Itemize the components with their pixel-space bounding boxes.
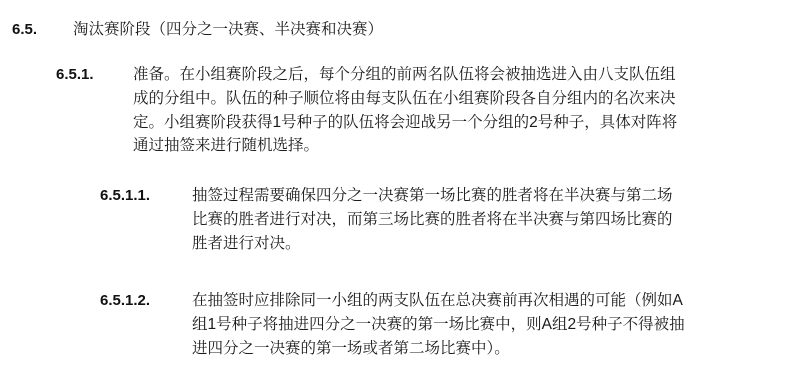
clause-body: 准备。在小组赛阶段之后，每个分组的前两名队伍将会被抽选进入由八支队伍组 成的分组… [133,63,677,158]
subclause-line: 在抽签时应排除同一小组的两支队伍在总决赛前再次相遇的可能（例如A [192,289,685,313]
clause-line: 准备。在小组赛阶段之后，每个分组的前两名队伍将会被抽选进入由八支队伍组 [133,63,677,87]
clause-line: 通过抽签来进行随机选择。 [133,134,677,158]
subclause-body: 在抽签时应排除同一小组的两支队伍在总决赛前再次相遇的可能（例如A 组1号种子将抽… [192,289,685,360]
clause-line: 成的分组中。队伍的种子顺位将由每支队伍在小组赛阶段各自分组内的名次来决 [133,87,677,111]
subclause-body: 抽签过程需要确保四分之一决赛第一场比赛的胜者将在半决赛与第二场 比赛的胜者进行对… [192,184,673,255]
subclause-line: 比赛的胜者进行对决，而第三场比赛的胜者将在半决赛与第四场比赛的 [192,208,673,232]
subclause-line: 进四分之一决赛的第一场或者第二场比赛中）。 [192,337,685,361]
clause-line: 定。小组赛阶段获得1号种子的队伍将会迎战另一个分组的2号种子，具体对阵将 [133,111,677,135]
subclause-line: 抽签过程需要确保四分之一决赛第一场比赛的胜者将在半决赛与第二场 [192,184,673,208]
section-title: 淘汰赛阶段（四分之一决赛、半决赛和决赛） [73,18,383,42]
subclause-line: 胜者进行对决。 [192,232,673,256]
clause-number: 6.5.1. [56,63,94,87]
subclause-line: 组1号种子将抽进四分之一决赛的第一场比赛中，则A组2号种子不得被抽 [192,313,685,337]
section-number: 6.5. [12,18,37,42]
subclause-number: 6.5.1.1. [100,184,150,208]
subclause-number: 6.5.1.2. [100,289,150,313]
